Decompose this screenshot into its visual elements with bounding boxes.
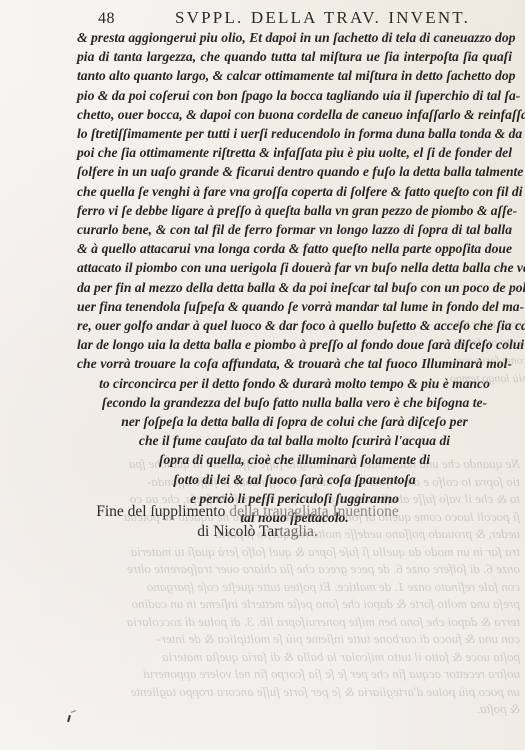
text-line: tanto alto quanto largo, & calcar ottima…	[77, 66, 512, 85]
text-line: curarlo bene, & con tal fil de ferro for…	[77, 220, 512, 239]
body-text: & presta aggiongerui piu olio, Et dapoi …	[77, 28, 512, 527]
tapered-line: ſopra di quella, cioè che illuminarà ſol…	[77, 450, 512, 469]
ink-speck	[71, 710, 76, 713]
book-page: Ne quando che una naue, ouer altro nauig…	[0, 0, 525, 750]
colophon-line-1: Fine del ſupplimento della trauagliata I…	[0, 502, 525, 522]
colophon-text-faint: della trauagliata Inuentione	[225, 503, 398, 520]
tapered-line: to circoncirca per il detto fondo & dura…	[77, 374, 512, 393]
text-line: da per fin al mezzo della detta balla & …	[77, 278, 512, 297]
text-line: uer fina tenendola ſuſpeſa & quando ſe v…	[77, 297, 512, 316]
text-line: lo ſtretiſſimamente per tutti i uerſi re…	[77, 124, 512, 143]
colophon-text: Fine del ſupplimento	[96, 503, 225, 520]
running-head-title: SVPPL. DELLA TRAV. INVENT.	[175, 8, 470, 28]
text-line: & à quello attacarui vna longa corda & f…	[77, 239, 512, 258]
colophon-line-2: di Nicolò Tartaglia.	[0, 522, 525, 542]
text-line: ſolfere in un uaſo grande & ficarui dent…	[77, 162, 512, 181]
text-line: pia di tanta largezza, che quando tutta …	[77, 47, 512, 66]
text-line: attacato il piombo con una uerigola ſi d…	[77, 258, 512, 277]
text-line: chetto, ouer bocca, & dapoi con buona co…	[77, 105, 512, 124]
text-line: che vorrà trouare la coſa affundata, & t…	[77, 354, 512, 373]
text-line: pio & da poi coſerui con bon ſpago la bo…	[77, 86, 512, 105]
ink-speck	[67, 715, 71, 722]
tapered-line: ſotto di lei & tal ſuoco ſarà coſa ſpaue…	[77, 470, 512, 489]
text-line: lar de longo uia la detta balla e piombo…	[77, 335, 512, 354]
text-line: & presta aggiongerui piu olio, Et dapoi …	[77, 28, 512, 47]
text-line: poi che ſia ottimamente riſtretta & infa…	[77, 143, 512, 162]
page-number: 48	[98, 10, 115, 28]
text-line: re, ouer golfo andar à quel luoco & dar …	[77, 316, 512, 335]
text-line: che quella ſe venghi à fare vna groſſa c…	[77, 182, 512, 201]
author-name-faint: taglia.	[279, 523, 317, 540]
colophon: Fine del ſupplimento della trauagliata I…	[0, 502, 525, 542]
tapered-line: ner ſoſpeſa la detta balla di ſopra de c…	[77, 412, 512, 431]
author-name: di Nicolò Tar	[197, 523, 279, 540]
text-line: ferro vi ſe debbe ligare à preſſo à queſ…	[77, 201, 512, 220]
tapered-line: che il fume cauſato da tal balla molto ſ…	[77, 431, 512, 450]
tapered-line: ſecondo la grandezza del buſo fatto null…	[77, 393, 512, 412]
running-head: 48 SVPPL. DELLA TRAV. INVENT.	[98, 6, 498, 28]
